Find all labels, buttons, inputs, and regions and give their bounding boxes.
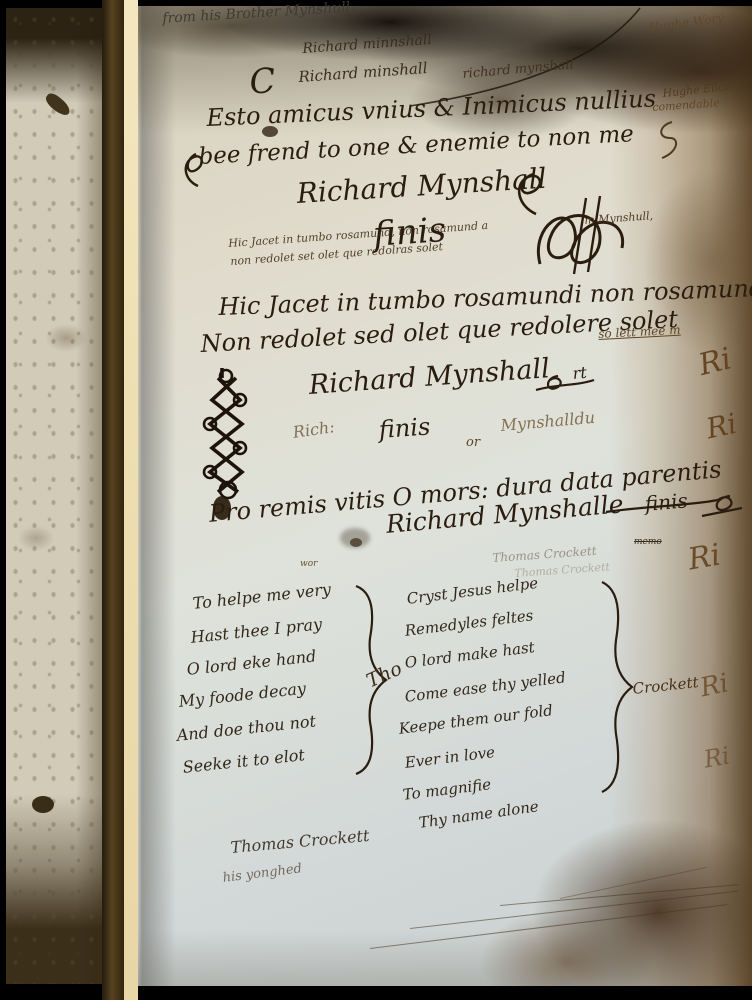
sig-suffix: rt (572, 365, 587, 382)
margin-initial-ri: Ri (704, 410, 739, 444)
finis-2: finis (378, 414, 431, 442)
finis-large: finis (372, 213, 447, 252)
margin-initial-ri: Ri (702, 744, 732, 772)
or-word: or (466, 436, 480, 449)
book-gutter (102, 0, 124, 1000)
margin-initial-ri: Ri (686, 540, 723, 575)
manuscript-photo: from his Brother Mynshull. Richard minns… (0, 0, 752, 1000)
margin-initial-ri: Ri (698, 670, 731, 701)
memo-scribble: memo (634, 538, 662, 547)
margin-initial-ri: Ri (696, 344, 734, 381)
facing-page (6, 8, 102, 984)
finis-3: finis (644, 490, 688, 514)
page-edge (124, 0, 138, 1000)
wor-scribble: wor (300, 560, 317, 569)
ink-spot (350, 538, 362, 547)
strike-flourish-icon (536, 376, 598, 402)
monogram-flourish-icon (528, 192, 640, 284)
letter-c: C (248, 64, 277, 100)
ink-spot (262, 126, 278, 137)
facing-page-spot (32, 796, 54, 813)
margin-swirl-icon (648, 118, 684, 166)
